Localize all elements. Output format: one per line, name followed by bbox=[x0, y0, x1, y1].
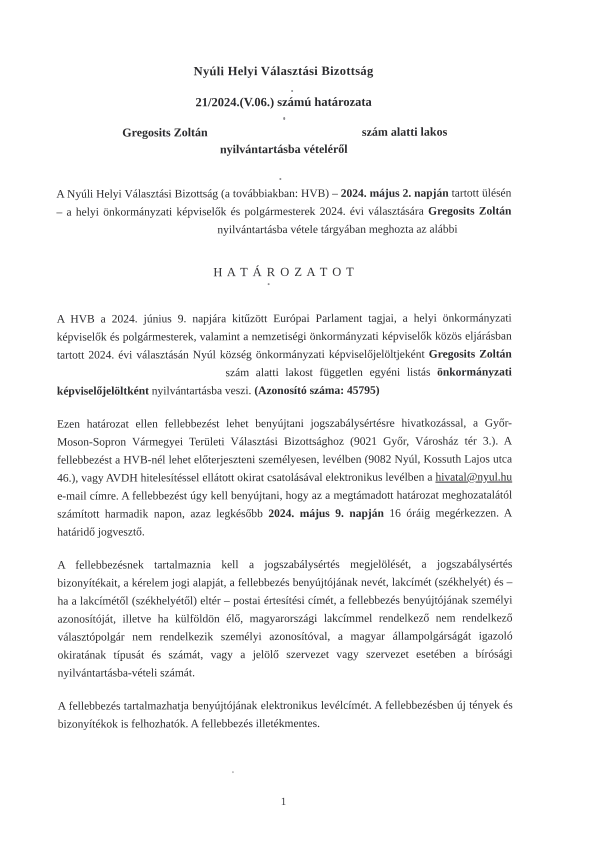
document-body: A Nyúli Helyi Választási Bizottság (a to… bbox=[56, 184, 512, 733]
redacted-address-gap bbox=[57, 232, 215, 233]
decision-number: 21/2024.(V.06.) számú határozata bbox=[56, 94, 511, 110]
redacted-address-gap bbox=[57, 375, 219, 376]
document-paragraph: Ezen határozat ellen fellebbezést lehet … bbox=[57, 414, 512, 541]
document-paragraph: A Nyúli Helyi Választási Bizottság (a to… bbox=[56, 184, 511, 239]
scanned-document-page: Nyúli Helyi Választási Bizottság 21/2024… bbox=[0, 0, 595, 843]
committee-title: Nyúli Helyi Választási Bizottság bbox=[56, 63, 511, 79]
bold-text-run: 2024. május 2. napján bbox=[341, 188, 449, 200]
scan-speck bbox=[232, 771, 234, 773]
text-run: A Nyúli Helyi Választási Bizottság (a to… bbox=[56, 188, 340, 201]
scan-speck bbox=[291, 90, 293, 92]
bold-text-run: Gregosits Zoltán bbox=[429, 348, 512, 360]
decision-heading: H A T Á R O Z A T O T bbox=[57, 264, 512, 280]
subject-residence-suffix: szám alatti lakos bbox=[362, 125, 447, 140]
scan-speck bbox=[279, 178, 281, 180]
text-run: szám alatti lakost független egyéni list… bbox=[219, 367, 437, 380]
scan-speck bbox=[283, 117, 285, 120]
email-address-text: hivatal@nyul.hu bbox=[435, 471, 512, 483]
bold-text-run: (Azonosító száma: 45795) bbox=[254, 385, 379, 397]
scan-speck bbox=[268, 283, 270, 285]
document-content: Nyúli Helyi Választási Bizottság 21/2024… bbox=[56, 0, 513, 749]
document-paragraph: A fellebbezés tartalmazhatja benyújtóján… bbox=[58, 696, 513, 733]
bold-text-run: Gregosits Zoltán bbox=[428, 205, 511, 217]
bold-text-run: 2024. május 9. napján bbox=[268, 508, 384, 520]
text-run: nyilvántartásba vétele tárgyában meghozt… bbox=[214, 224, 457, 237]
text-run: A fellebbezés tartalmazhatja benyújtóján… bbox=[58, 699, 513, 730]
page-number: 1 bbox=[1, 795, 566, 808]
text-run: nyilvántartásba veszi. bbox=[149, 385, 254, 397]
subject-name: Gregosits Zoltán bbox=[122, 125, 207, 140]
text-run: A fellebbezésnek tartalmaznia kell a jog… bbox=[57, 558, 512, 679]
document-paragraph: A fellebbezésnek tartalmaznia kell a jog… bbox=[57, 555, 512, 682]
subject-row: Gregosits Zoltán szám alatti lakos bbox=[56, 124, 511, 140]
subject-registration-line: nyilvántartásba vételéről bbox=[56, 141, 511, 157]
document-paragraph: A HVB a 2024. június 9. napjára kitűzött… bbox=[57, 309, 512, 400]
